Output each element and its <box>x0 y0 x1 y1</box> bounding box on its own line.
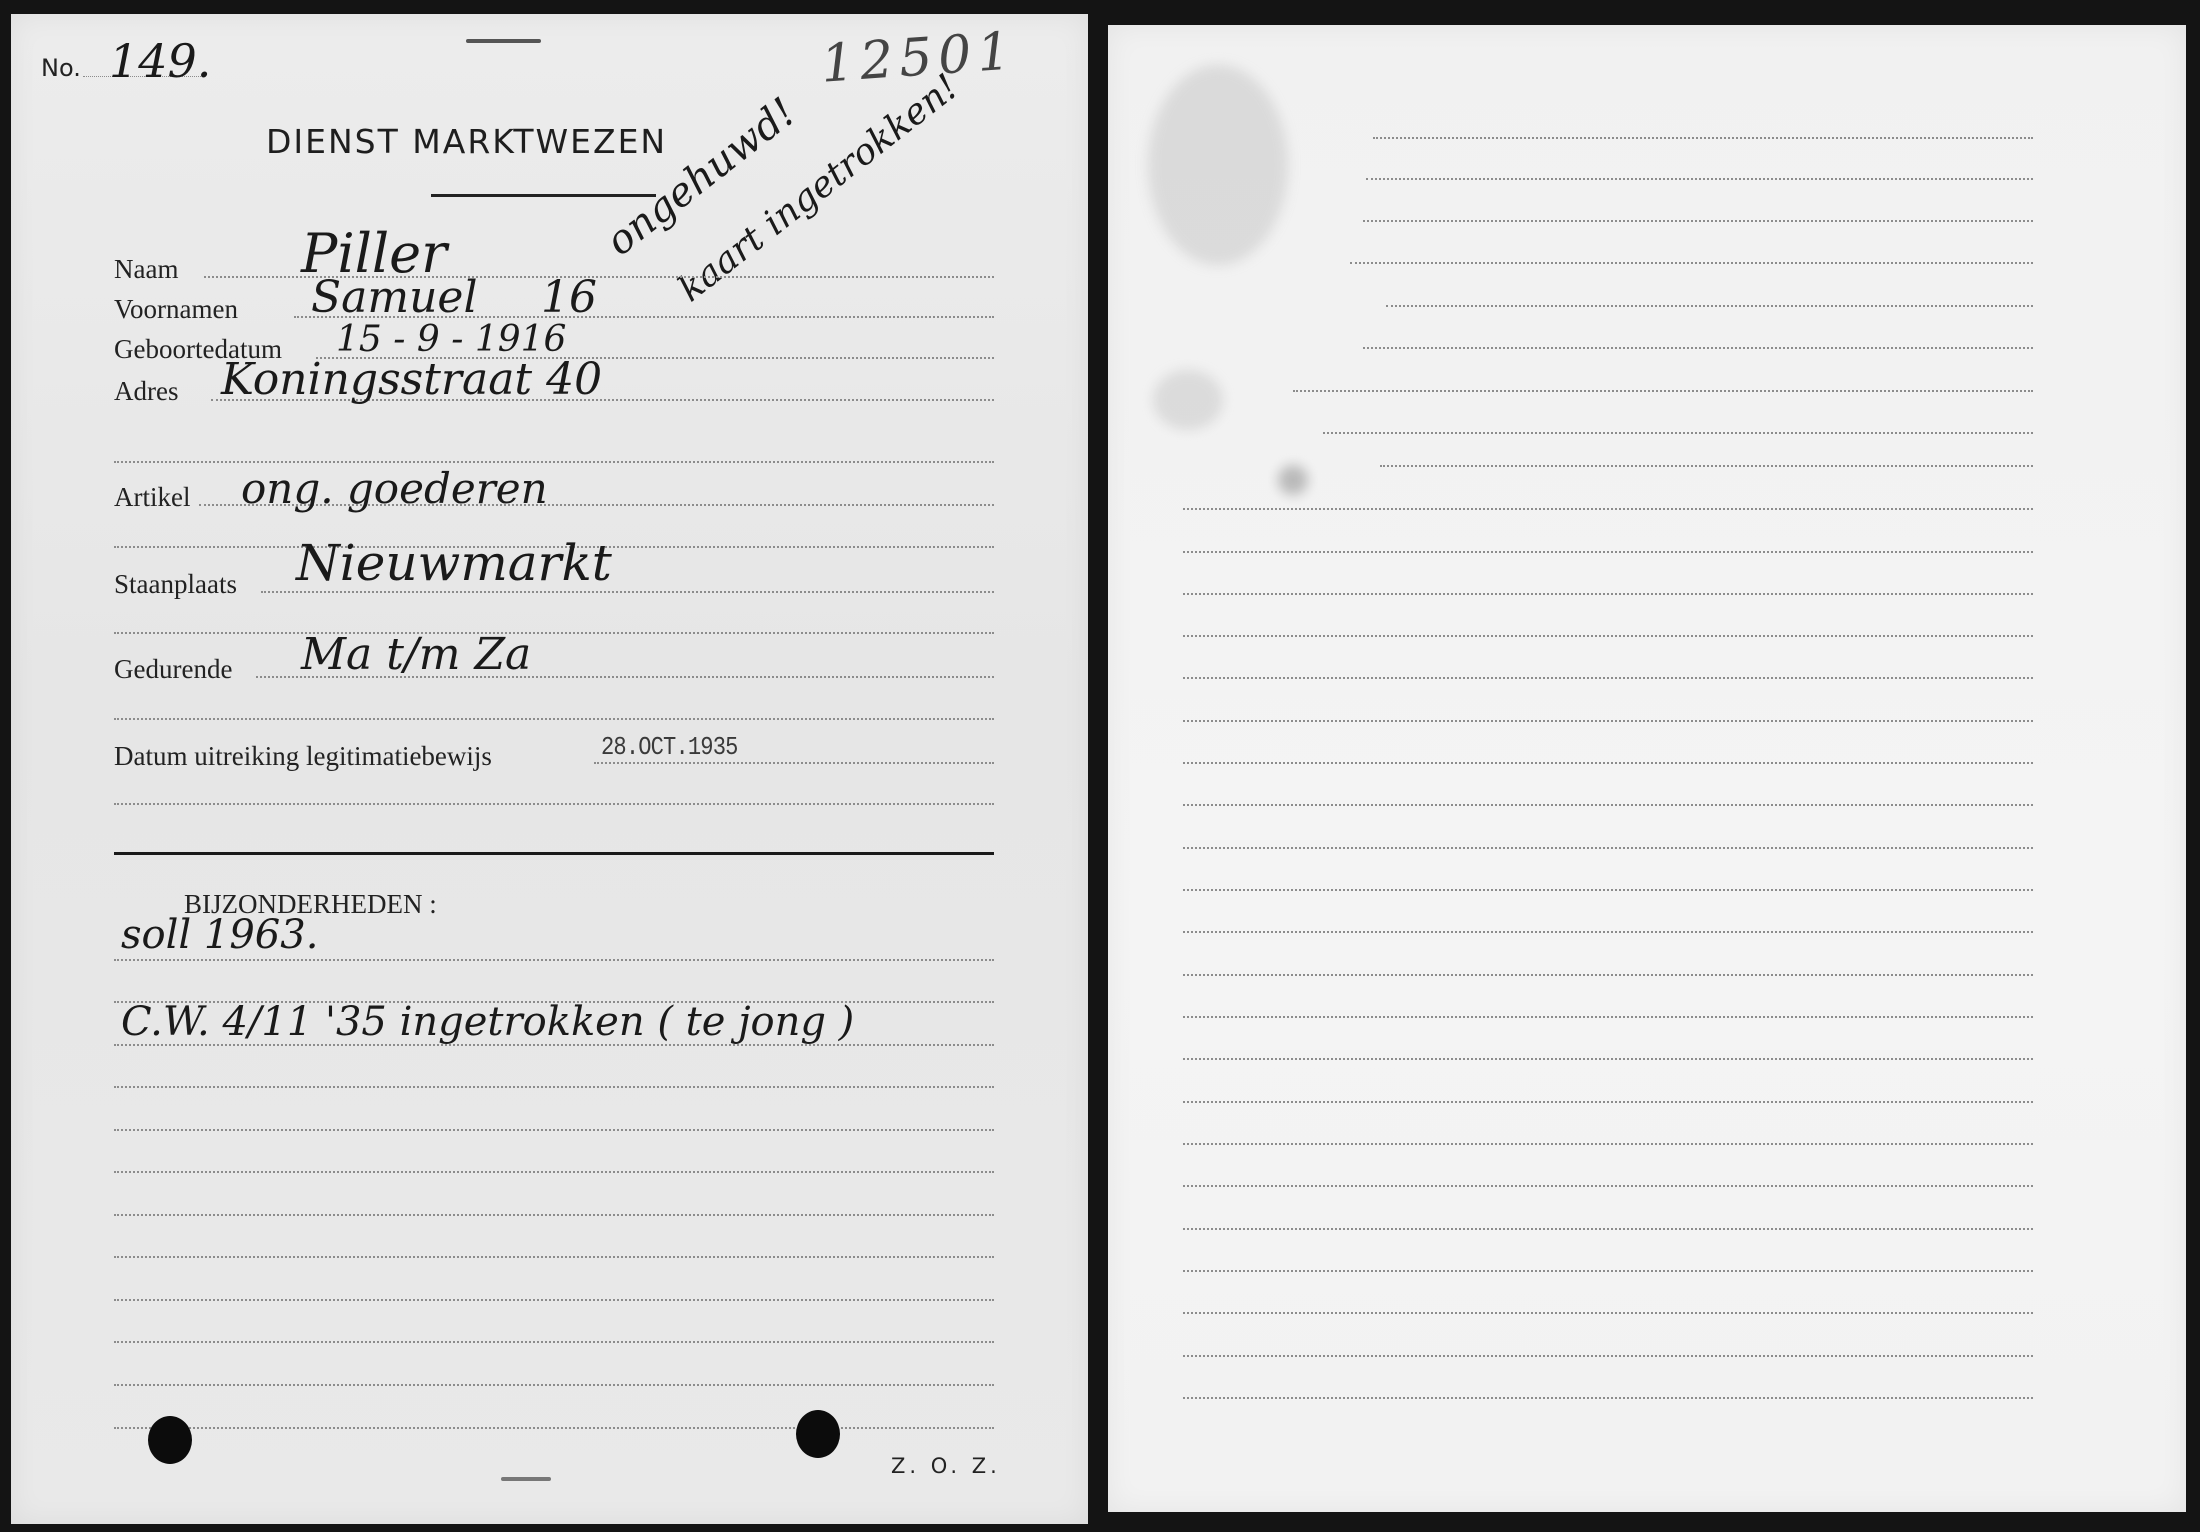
ruled-line <box>1373 137 2033 139</box>
field-label-staanplaats: Staanplaats <box>114 569 237 600</box>
field-value-artikel: ong. goederen <box>241 464 548 513</box>
ruled-line <box>1386 305 2033 307</box>
ruled-line <box>1183 720 2033 722</box>
ruled-line <box>1183 1270 2033 1272</box>
ruled-line <box>1183 677 2033 679</box>
ruled-line <box>1293 390 2033 392</box>
field-value-adres: Koningsstraat 40 <box>221 354 602 405</box>
field-label-artikel: Artikel <box>114 482 190 513</box>
ruled-line <box>1183 1312 2033 1314</box>
ruled-line <box>1183 762 2033 764</box>
ruled-line <box>1183 889 2033 891</box>
ruled-line <box>1183 847 2033 849</box>
blank-line <box>114 803 994 805</box>
remarks-line <box>114 959 994 961</box>
scribble-mark <box>501 1477 551 1481</box>
footer-zoz: Z. O. Z. <box>891 1454 1001 1478</box>
ruled-line <box>1183 593 2033 595</box>
remarks-line <box>114 1256 994 1258</box>
remark-2: C.W. 4/11 '35 ingetrokken ( te jong ) <box>121 999 854 1045</box>
remarks-line <box>114 1384 994 1386</box>
issue-date-stamp: 28.OCT.1935 <box>601 732 738 762</box>
punch-hole-right <box>796 1410 840 1458</box>
stain <box>1148 65 1288 265</box>
ruled-line <box>1183 1143 2033 1145</box>
section-divider <box>114 852 994 855</box>
ruled-line <box>1183 1397 2033 1399</box>
ruled-line <box>1183 1016 2033 1018</box>
ruled-line <box>1183 974 2033 976</box>
blank-line <box>114 632 994 634</box>
remarks-line <box>114 1171 994 1173</box>
field-label-datum-uitreiking: Datum uitreiking legitimatiebewijs <box>114 741 492 772</box>
title-underline <box>431 194 656 197</box>
ruled-line <box>1380 465 2033 467</box>
stain <box>1153 370 1223 430</box>
remarks-line <box>114 1086 994 1088</box>
field-value-voornamen: Samuel <box>311 272 478 323</box>
card-number: 149. <box>109 34 211 88</box>
remarks-line <box>114 1341 994 1343</box>
ruled-line <box>1183 1355 2033 1357</box>
ruled-line <box>1183 1101 2033 1103</box>
field-label-gedurende: Gedurende <box>114 654 232 685</box>
field-value-staanplaats: Nieuwmarkt <box>296 534 612 592</box>
ruled-line <box>1363 347 2033 349</box>
scribble-mark <box>466 39 541 43</box>
field-label-adres: Adres <box>114 376 178 407</box>
ruled-line <box>1183 508 2033 510</box>
field-line-datum-uitreiking <box>594 762 994 764</box>
ruled-line <box>1183 551 2033 553</box>
ruled-line <box>1183 1185 2033 1187</box>
blank-line <box>114 461 994 463</box>
page-title: DIENST MARKTWEZEN <box>266 122 667 161</box>
field-label-voornamen: Voornamen <box>114 294 238 325</box>
field-label-naam: Naam <box>114 254 178 285</box>
stain <box>1278 465 1308 495</box>
punch-hole-left <box>148 1416 192 1464</box>
field-value-gedurende: Ma t/m Za <box>301 629 531 680</box>
ruled-line <box>1183 635 2033 637</box>
voornamen-extra: 16 <box>541 272 597 323</box>
remark-1: soll 1963. <box>121 912 318 958</box>
index-card-back <box>1108 25 2186 1512</box>
ruled-line <box>1350 262 2033 264</box>
remarks-line <box>114 1214 994 1216</box>
remarks-line <box>114 1129 994 1131</box>
ruled-line <box>1363 220 2033 222</box>
ruled-line <box>1183 931 2033 933</box>
remarks-line <box>114 1427 994 1429</box>
ruled-line <box>1183 1058 2033 1060</box>
ruled-line <box>1366 178 2033 180</box>
blank-line <box>114 718 994 720</box>
number-label: No. <box>41 54 81 82</box>
remarks-line <box>114 1299 994 1301</box>
ruled-line <box>1183 1228 2033 1230</box>
ruled-line <box>1183 804 2033 806</box>
ruled-line <box>1323 432 2033 434</box>
index-card-front: No. 149. 12501 DIENST MARKTWEZEN ongehuw… <box>11 14 1088 1524</box>
